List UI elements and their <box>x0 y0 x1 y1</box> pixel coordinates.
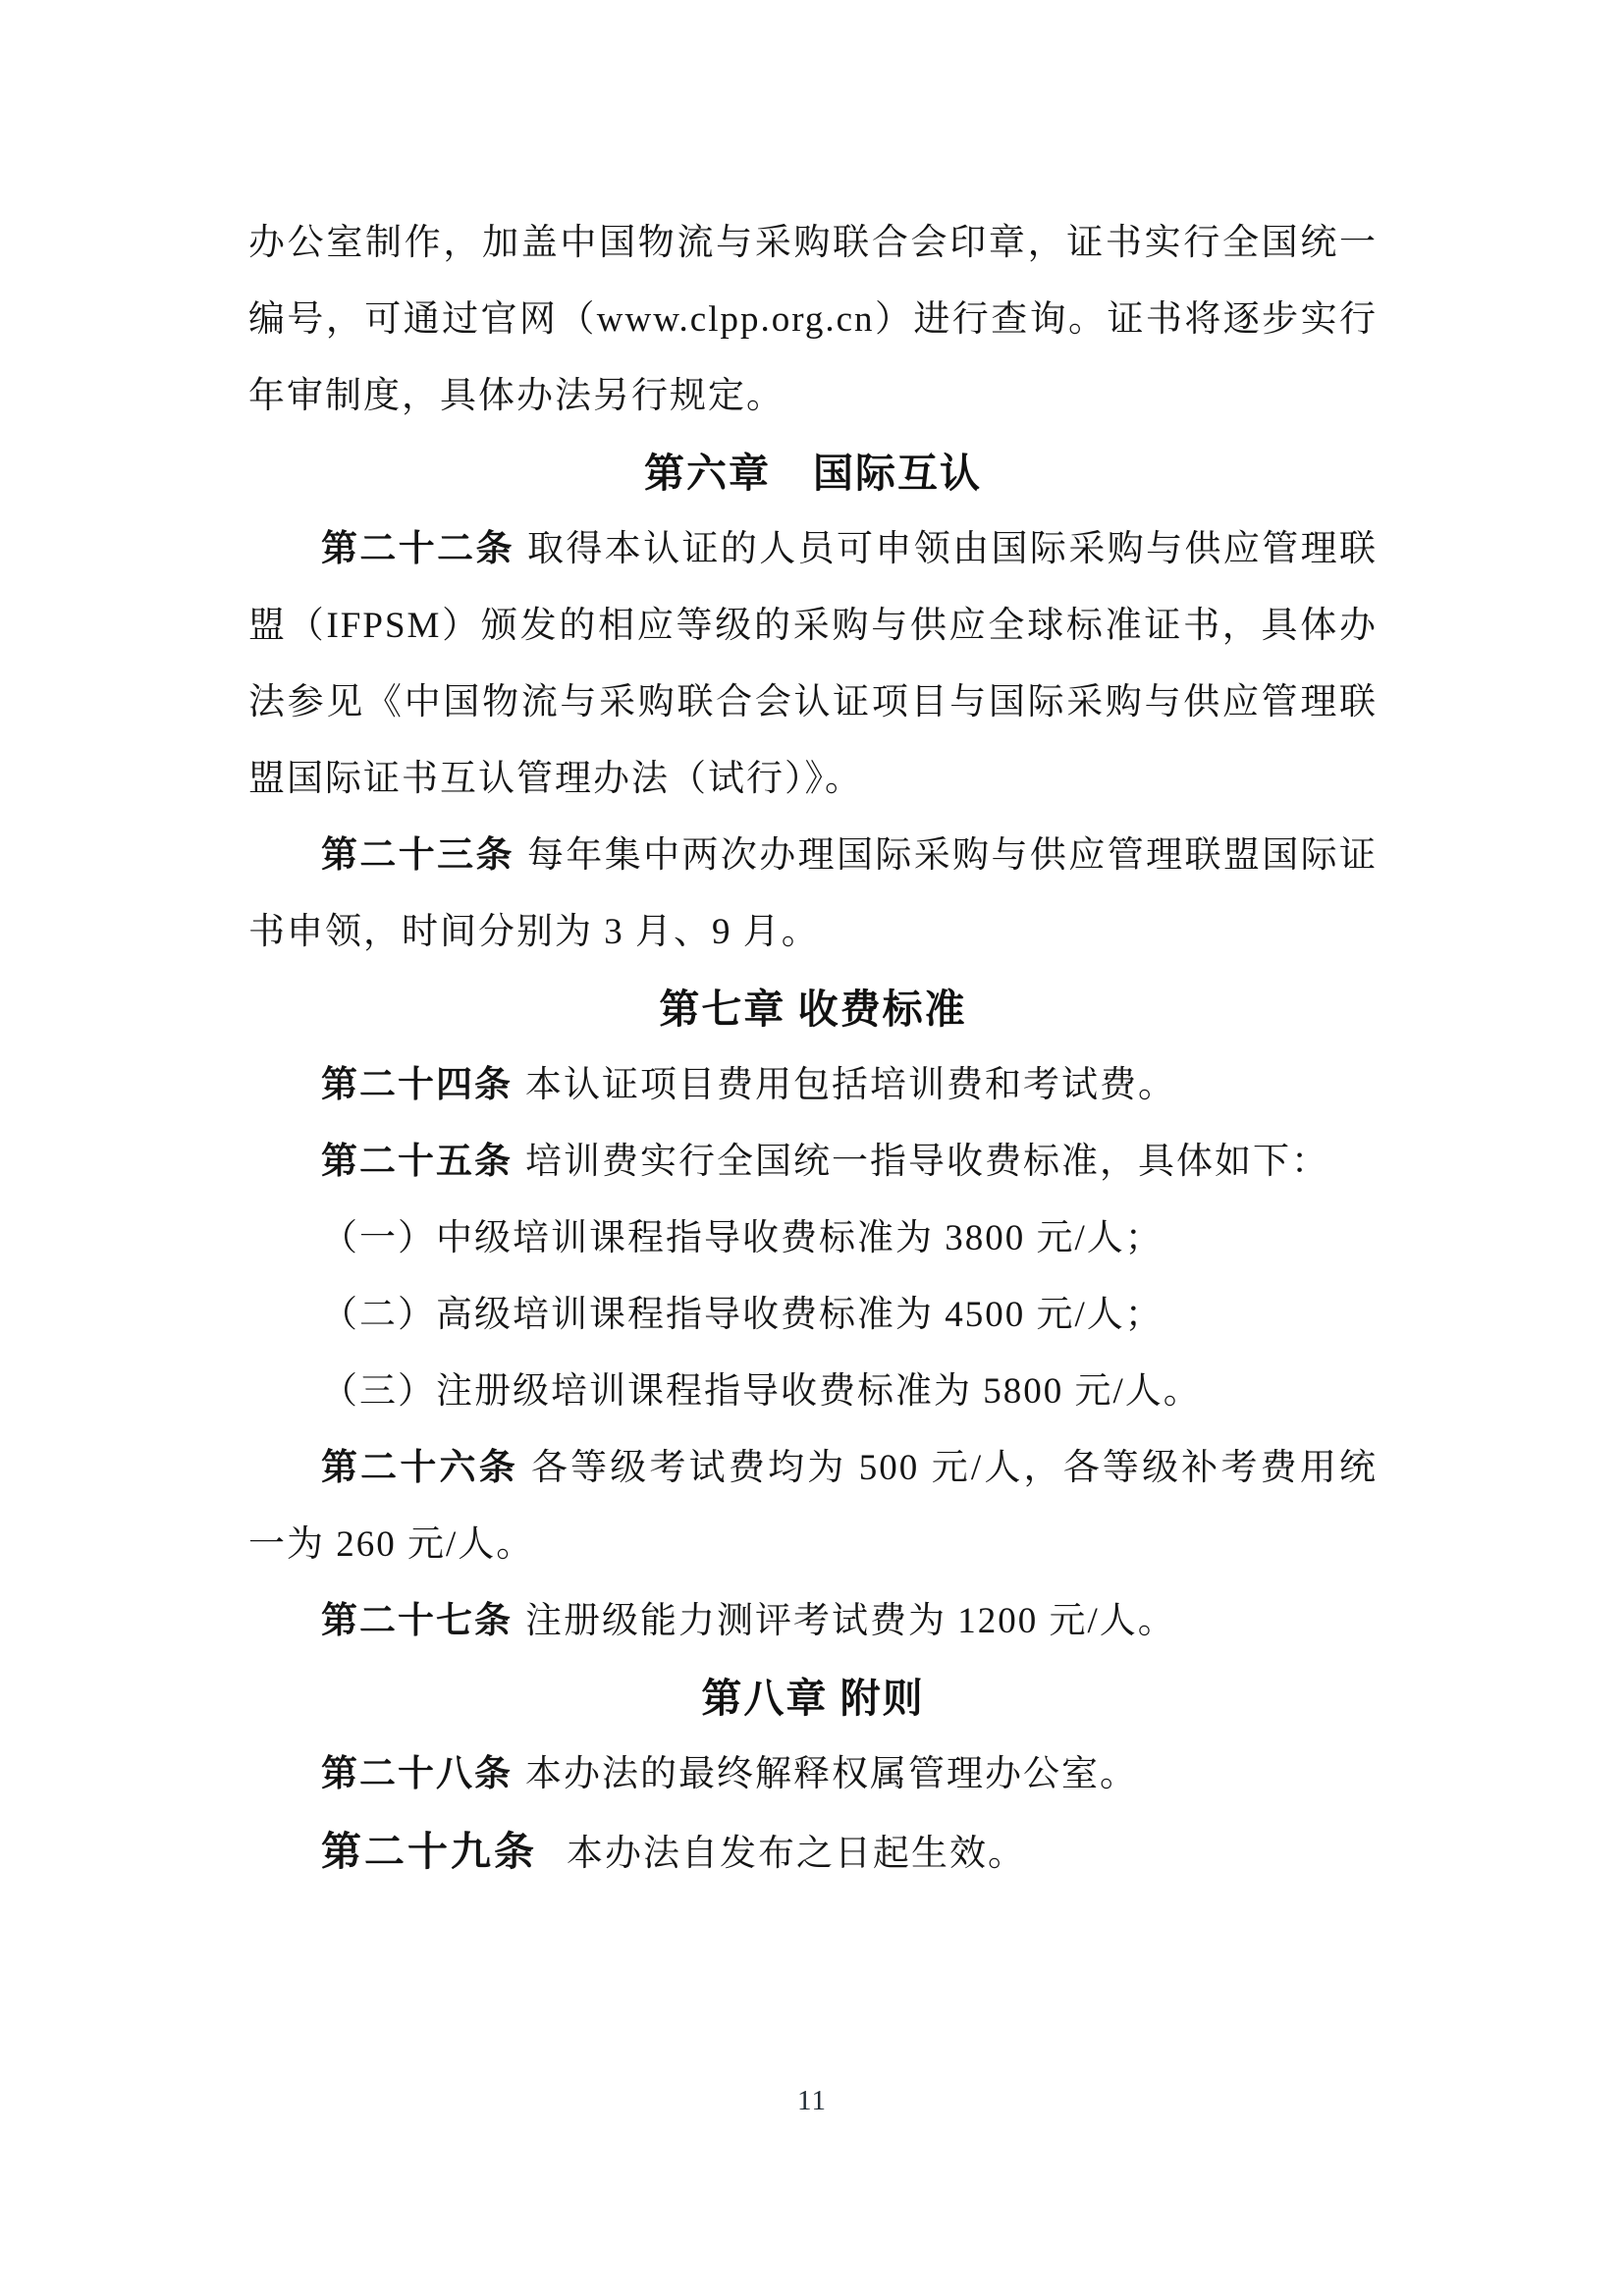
body-paragraph: （二）高级培训课程指导收费标准为 4500 元/人； <box>248 1277 1378 1354</box>
paragraph-text: （一）中级培训课程指导收费标准为 3800 元/人； <box>321 1218 1164 1258</box>
paragraph-text: （二）高级培训课程指导收费标准为 4500 元/人； <box>321 1295 1164 1335</box>
article-number-label: 第二十二条 <box>321 529 514 569</box>
article-paragraph: 第二十九条本办法自发布之日起生效。 <box>248 1813 1378 1893</box>
article-number-label: 第二十七条 <box>321 1601 513 1641</box>
paragraph-text: 本办法自发布之日起生效。 <box>567 1834 1026 1874</box>
chapter-heading: 第六章 国际互认 <box>248 435 1378 511</box>
article-paragraph: 第二十八条本办法的最终解释权属管理办公室。 <box>248 1736 1378 1813</box>
article-number-label: 第二十四条 <box>321 1065 513 1105</box>
article-number-label: 第二十九条 <box>321 1829 537 1874</box>
article-number-label: 第二十五条 <box>321 1142 513 1182</box>
article-paragraph: 第二十三条每年集中两次办理国际采购与供应管理联盟国际证书申领，时间分别为 3 月… <box>248 818 1378 971</box>
chapter-heading: 第八章 附则 <box>248 1660 1378 1736</box>
article-paragraph: 第二十七条注册级能力测评考试费为 1200 元/人。 <box>248 1583 1378 1660</box>
page-number: 11 <box>0 2083 1624 2118</box>
paragraph-text: 培训费实行全国统一指导收费标准，具体如下： <box>525 1142 1329 1182</box>
article-paragraph: 第二十六条各等级考试费均为 500 元/人，各等级补考费用统一为 260 元/人… <box>248 1430 1378 1583</box>
paragraph-text: 本办法的最终解释权属管理办公室。 <box>525 1754 1138 1794</box>
article-number-label: 第二十八条 <box>321 1754 513 1794</box>
body-paragraph: （三）注册级培训课程指导收费标准为 5800 元/人。 <box>248 1354 1378 1430</box>
document-body: 办公室制作，加盖中国物流与采购联合会印章，证书实行全国统一编号，可通过官网（ww… <box>248 205 1378 1893</box>
paragraph-text: （三）注册级培训课程指导收费标准为 5800 元/人。 <box>321 1371 1202 1412</box>
paragraph-text: 办公室制作，加盖中国物流与采购联合会印章，证书实行全国统一编号，可通过官网（ww… <box>248 223 1378 416</box>
article-paragraph: 第二十五条培训费实行全国统一指导收费标准，具体如下： <box>248 1124 1378 1201</box>
article-paragraph: 第二十四条本认证项目费用包括培训费和考试费。 <box>248 1047 1378 1124</box>
paragraph-text: 本认证项目费用包括培训费和考试费。 <box>525 1065 1176 1105</box>
article-number-label: 第二十三条 <box>321 835 514 876</box>
body-paragraph: （一）中级培训课程指导收费标准为 3800 元/人； <box>248 1201 1378 1277</box>
paragraph-text: 注册级能力测评考试费为 1200 元/人。 <box>525 1601 1176 1641</box>
article-paragraph: 第二十二条取得本认证的人员可申领由国际采购与供应管理联盟（IFPSM）颁发的相应… <box>248 511 1378 818</box>
article-number-label: 第二十六条 <box>321 1448 518 1488</box>
chapter-heading: 第七章 收费标准 <box>248 971 1378 1047</box>
body-paragraph: 办公室制作，加盖中国物流与采购联合会印章，证书实行全国统一编号，可通过官网（ww… <box>248 205 1378 435</box>
document-page: 办公室制作，加盖中国物流与采购联合会印章，证书实行全国统一编号，可通过官网（ww… <box>0 0 1624 2296</box>
paragraph-text: 取得本认证的人员可申领由国际采购与供应管理联盟（IFPSM）颁发的相应等级的采购… <box>248 529 1378 799</box>
